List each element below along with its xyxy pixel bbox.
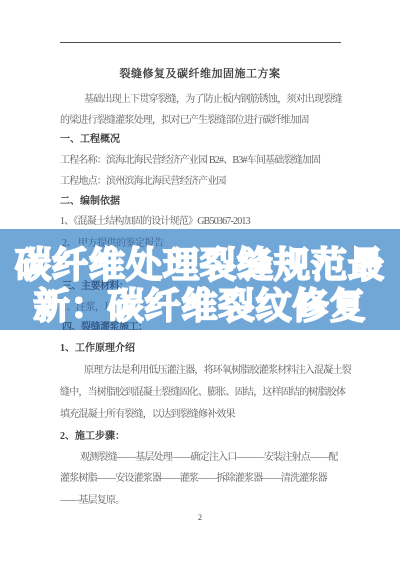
project-location-line: 工程地点：滨州滨海北海民营经济产业园 xyxy=(60,172,226,187)
process-flow-line: 观测裂缝——基层处理——确定注入口———安装注射点——配 xyxy=(80,448,338,463)
document-title: 裂缝修复及碳纤维加固施工方案 xyxy=(0,65,400,81)
subsection-heading: 2、施工步骤： xyxy=(60,427,125,442)
paragraph-line: 原理方法是利用低压灌注器，将环氧树脂胶灌浆材料注入混凝土裂 xyxy=(84,361,351,376)
section-heading: 一、工程概况 xyxy=(60,130,120,145)
subsection-heading: 1、工作原理介绍 xyxy=(60,339,135,354)
paragraph-line: 的梁进行裂缝灌浆处理，拟对已产生裂缝部位进行碳纤维加固 xyxy=(60,111,308,126)
overlay-title-line2: 新：碳纤维裂纹修复 xyxy=(0,285,400,326)
project-name-line: 工程名称：滨海北海民营经济产业园 B2#、B3#车间基础裂缝加固 xyxy=(60,151,320,166)
paragraph-line: 缝中，当树脂胶到混凝土裂缝固化、膨胀、固结，这样固结的树脂胶体 xyxy=(60,383,345,398)
overlay-band: 2、 甲方提供的鉴定报告 三、主要材料： 1、注浆，环 四、裂缝灌浆施工： 碳纤… xyxy=(0,229,400,330)
paragraph-line: 填充混凝土所有裂缝，以达到裂缝修补效果 xyxy=(60,405,235,420)
page-number: 2 xyxy=(0,513,400,522)
document-page: 裂缝修复及碳纤维加固施工方案 基础出现上下贯穿裂缝，为了防止板内钢筋锈蚀，须对出… xyxy=(0,0,400,566)
overlay-title: 碳纤维处理裂缝规范最 新：碳纤维裂纹修复 xyxy=(0,244,400,326)
paragraph-line: 基础出现上下贯穿裂缝，为了防止板内钢筋锈蚀，须对出现裂缝 xyxy=(84,90,342,105)
process-flow-line: ——基层复原。 xyxy=(60,491,124,506)
header-rule xyxy=(60,42,341,43)
overlay-title-line1: 碳纤维处理裂缝规范最 xyxy=(0,244,400,285)
section-heading: 二、编制依据 xyxy=(60,192,120,207)
reference-item: 1、《混凝土结构加固的设计规范》GB50367-2013 xyxy=(60,212,250,227)
process-flow-line: 灌浆树脂——安设灌浆器——灌浆——拆除灌浆器——清洗灌浆器 xyxy=(60,469,327,484)
